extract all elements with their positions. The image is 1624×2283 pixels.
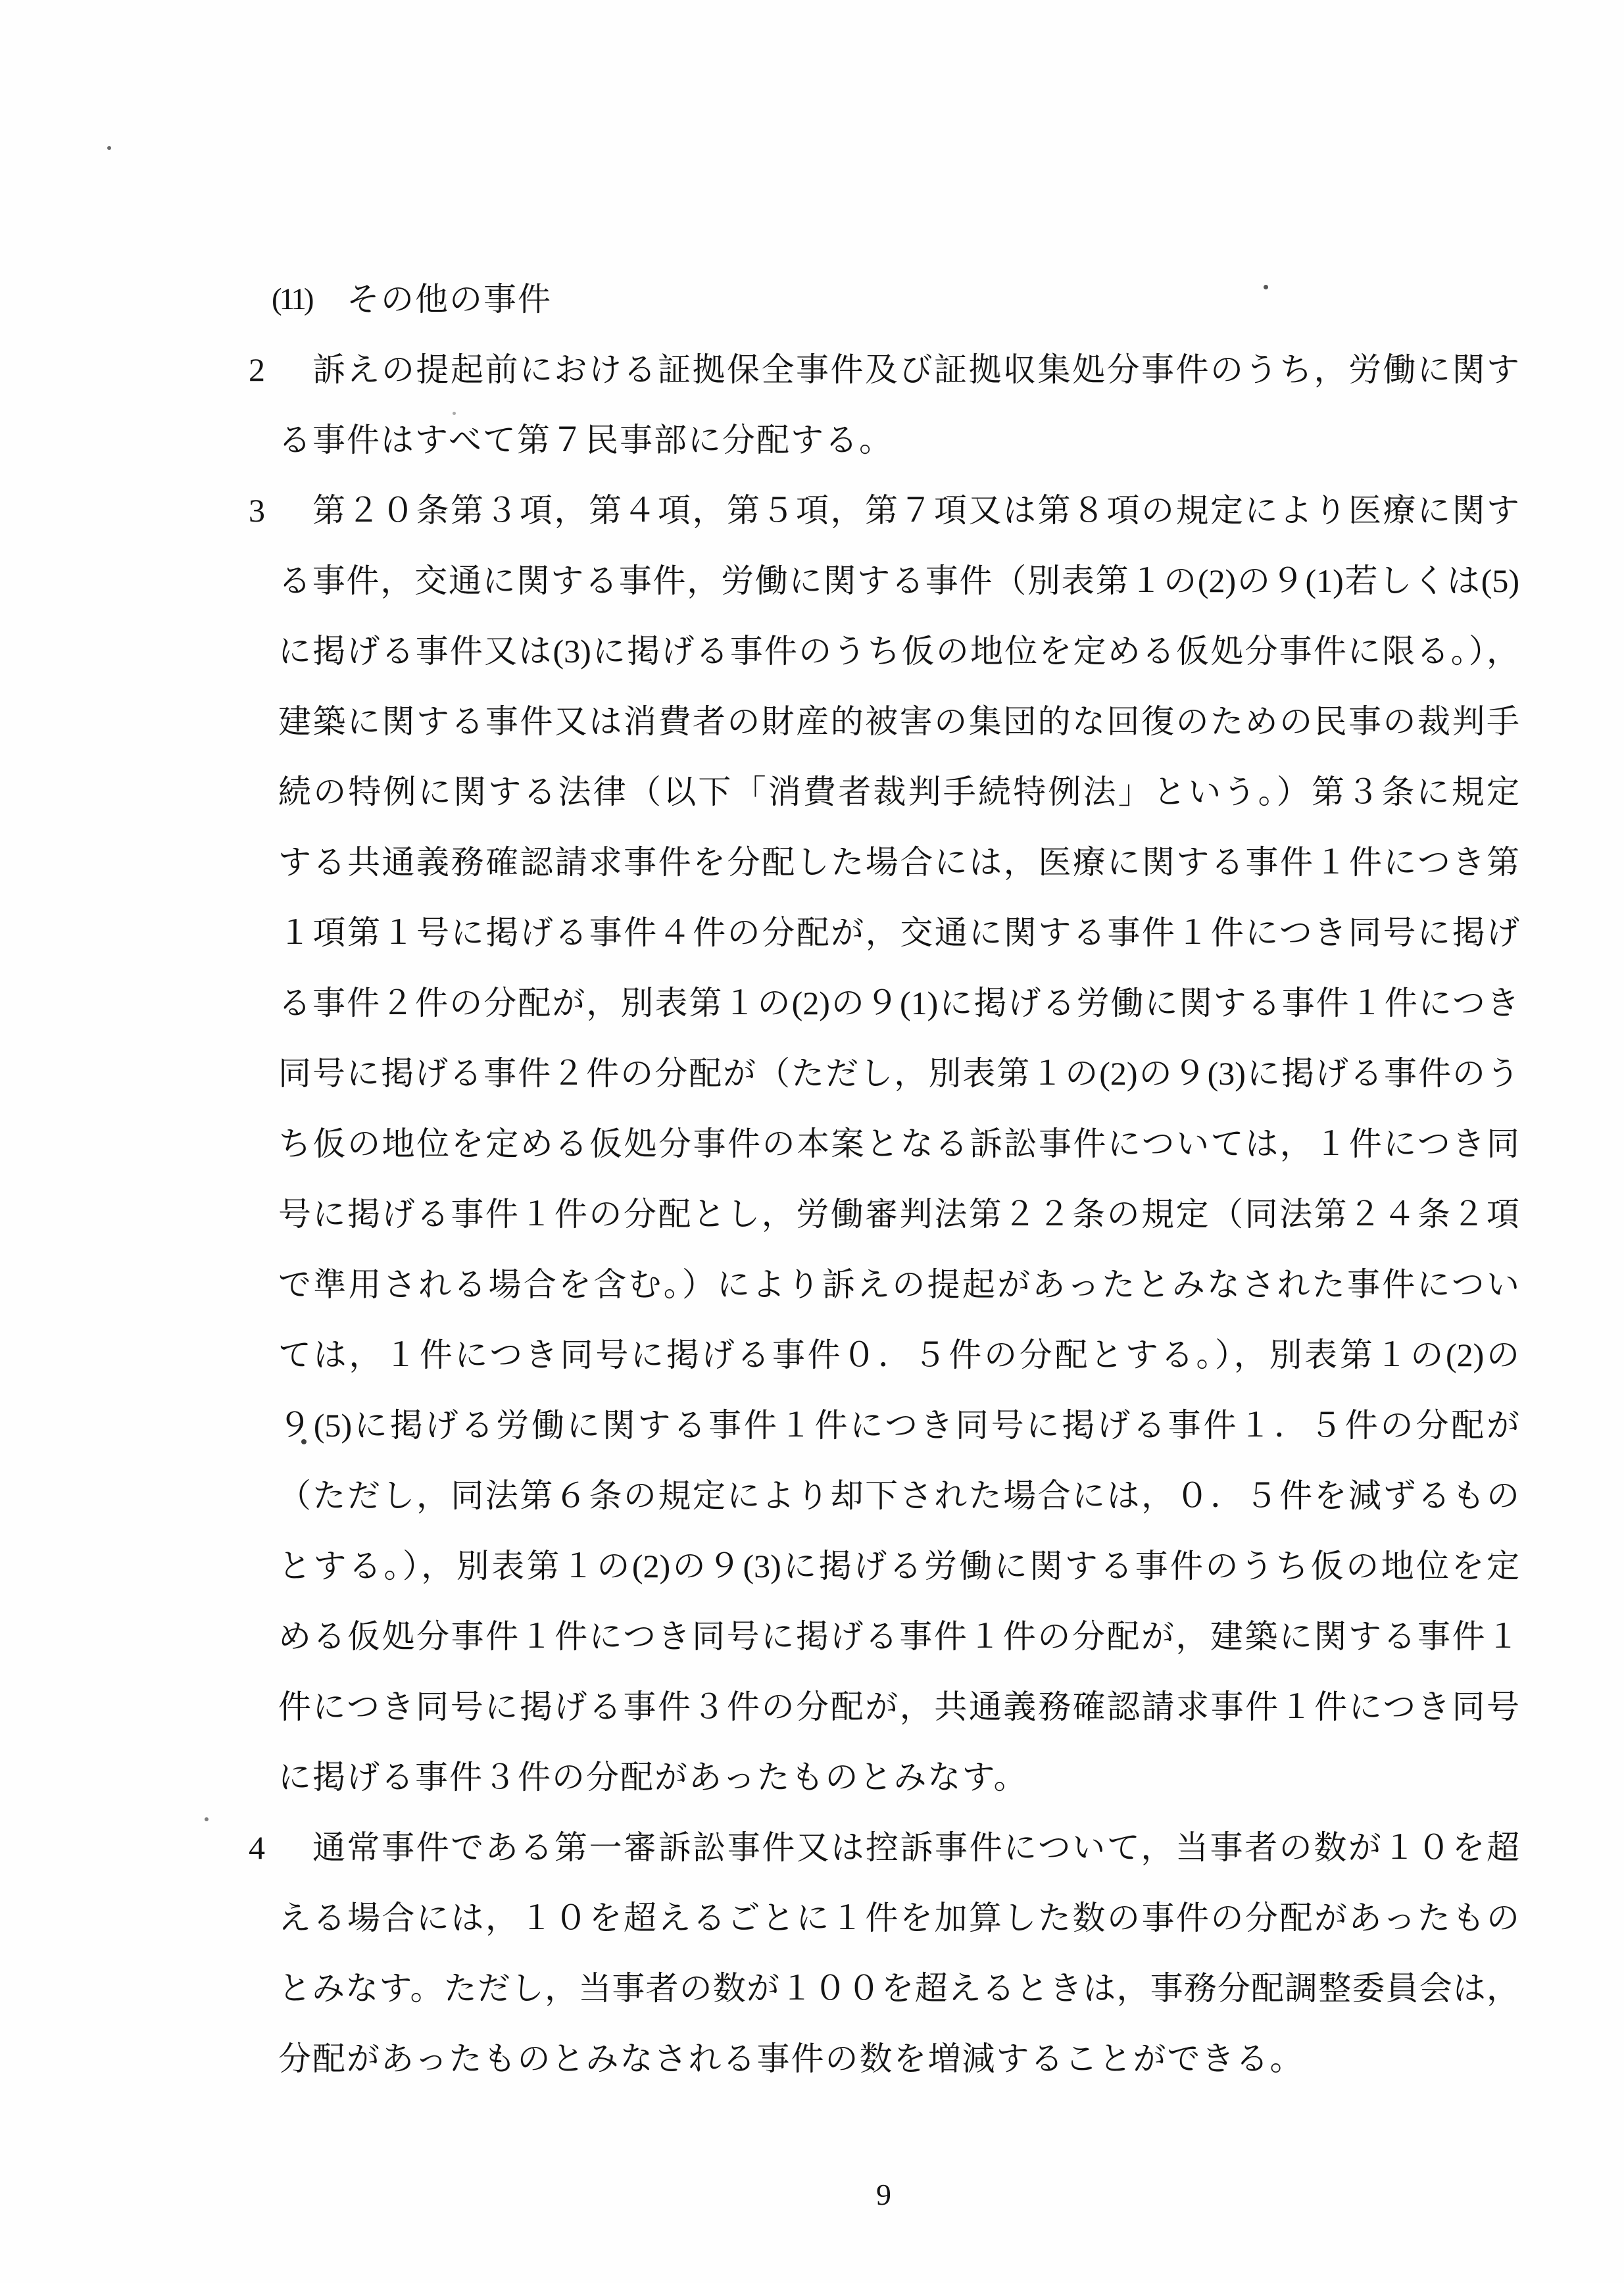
text-line: とする。），別表第１の(2)の９(3)に掲げる労働に関する事件のうち仮の地位を定	[278, 1546, 1519, 1586]
text-line: める仮処分事件１件につき同号に掲げる事件１件の分配が，建築に関する事件１	[278, 1617, 1519, 1656]
text-line: 件につき同号に掲げる事件３件の分配が，共通義務確認請求事件１件につき同号	[278, 1687, 1519, 1727]
scan-artifact-dot	[107, 146, 111, 150]
item-number: (11)	[272, 280, 312, 319]
scan-artifact-dot	[301, 1439, 307, 1444]
text-line: 同号に掲げる事件２件の分配が（ただし，別表第１の(2)の９(3)に掲げる事件のう	[278, 1054, 1519, 1093]
text-line: （ただし，同法第６条の規定により却下された場合には，０．５件を減ずるもの	[278, 1476, 1519, 1515]
text-line: える場合には，１０を超えるごとに１件を加算した数の事件の分配があったもの	[278, 1898, 1519, 1938]
text-line: る事件はすべて第７民事部に分配する。	[278, 420, 893, 460]
text-line: １項第１号に掲げる事件４件の分配が，交通に関する事件１件につき同号に掲げ	[278, 913, 1519, 952]
item-number: 2	[249, 350, 265, 389]
item-number: 3	[249, 491, 265, 530]
scan-artifact-dot	[453, 412, 456, 415]
text-line: 通常事件である第一審訴訟事件又は控訴事件について，当事者の数が１０を超	[312, 1828, 1519, 1867]
text-line: に掲げる事件又は(3)に掲げる事件のうち仮の地位を定める仮処分事件に限る。），	[278, 631, 1519, 671]
scan-artifact-dot	[1264, 285, 1268, 289]
text-line: 続の特例に関する法律（以下「消費者裁判手続特例法」という。）第３条に規定	[278, 772, 1519, 812]
text-line: 号に掲げる事件１件の分配とし，労働審判法第２２条の規定（同法第２４条２項	[278, 1194, 1519, 1234]
text-line: る事件，交通に関する事件，労働に関する事件（別表第１の(2)の９(1)若しくは(…	[278, 561, 1519, 601]
page-number: 9	[876, 2178, 891, 2211]
text-line: る事件２件の分配が，別表第１の(2)の９(1)に掲げる労働に関する事件１件につき	[278, 983, 1519, 1023]
text-line: 建築に関する事件又は消費者の財産的被害の集団的な回復のための民事の裁判手	[278, 702, 1519, 741]
text-line: とみなす。ただし，当事者の数が１００を超えるときは，事務分配調整委員会は，	[278, 1969, 1519, 2008]
text-line: する共通義務確認請求事件を分配した場合には，医療に関する事件１件につき第	[278, 843, 1519, 882]
item-number: 4	[249, 1828, 265, 1867]
text-line: ９(5)に掲げる労働に関する事件１件につき同号に掲げる事件１．５件の分配が	[278, 1406, 1519, 1445]
text-line: に掲げる事件３件の分配があったものとみなす。	[278, 1757, 1028, 1797]
text-line: 訴えの提起前における証拠保全事件及び証拠収集処分事件のうち，労働に関す	[312, 350, 1519, 389]
text-line: その他の事件	[347, 280, 552, 319]
scan-artifact-dot	[205, 1817, 209, 1821]
text-line: ては，１件につき同号に掲げる事件０．５件の分配とする。），別表第１の(2)の	[278, 1335, 1519, 1375]
text-line: ち仮の地位を定める仮処分事件の本案となる訴訟事件については，１件につき同	[278, 1124, 1519, 1164]
text-line: 第２０条第３項，第４項，第５項，第７項又は第８項の規定により医療に関す	[312, 491, 1519, 530]
text-line: 分配があったものとみなされる事件の数を増減することができる。	[278, 2039, 1304, 2078]
text-line: で準用される場合を含む。）により訴えの提起があったとみなされた事件につい	[278, 1265, 1519, 1304]
scanned-document-page: (11) その他の事件 2 訴えの提起前における証拠保全事件及び証拠収集処分事件…	[0, 0, 1624, 2283]
